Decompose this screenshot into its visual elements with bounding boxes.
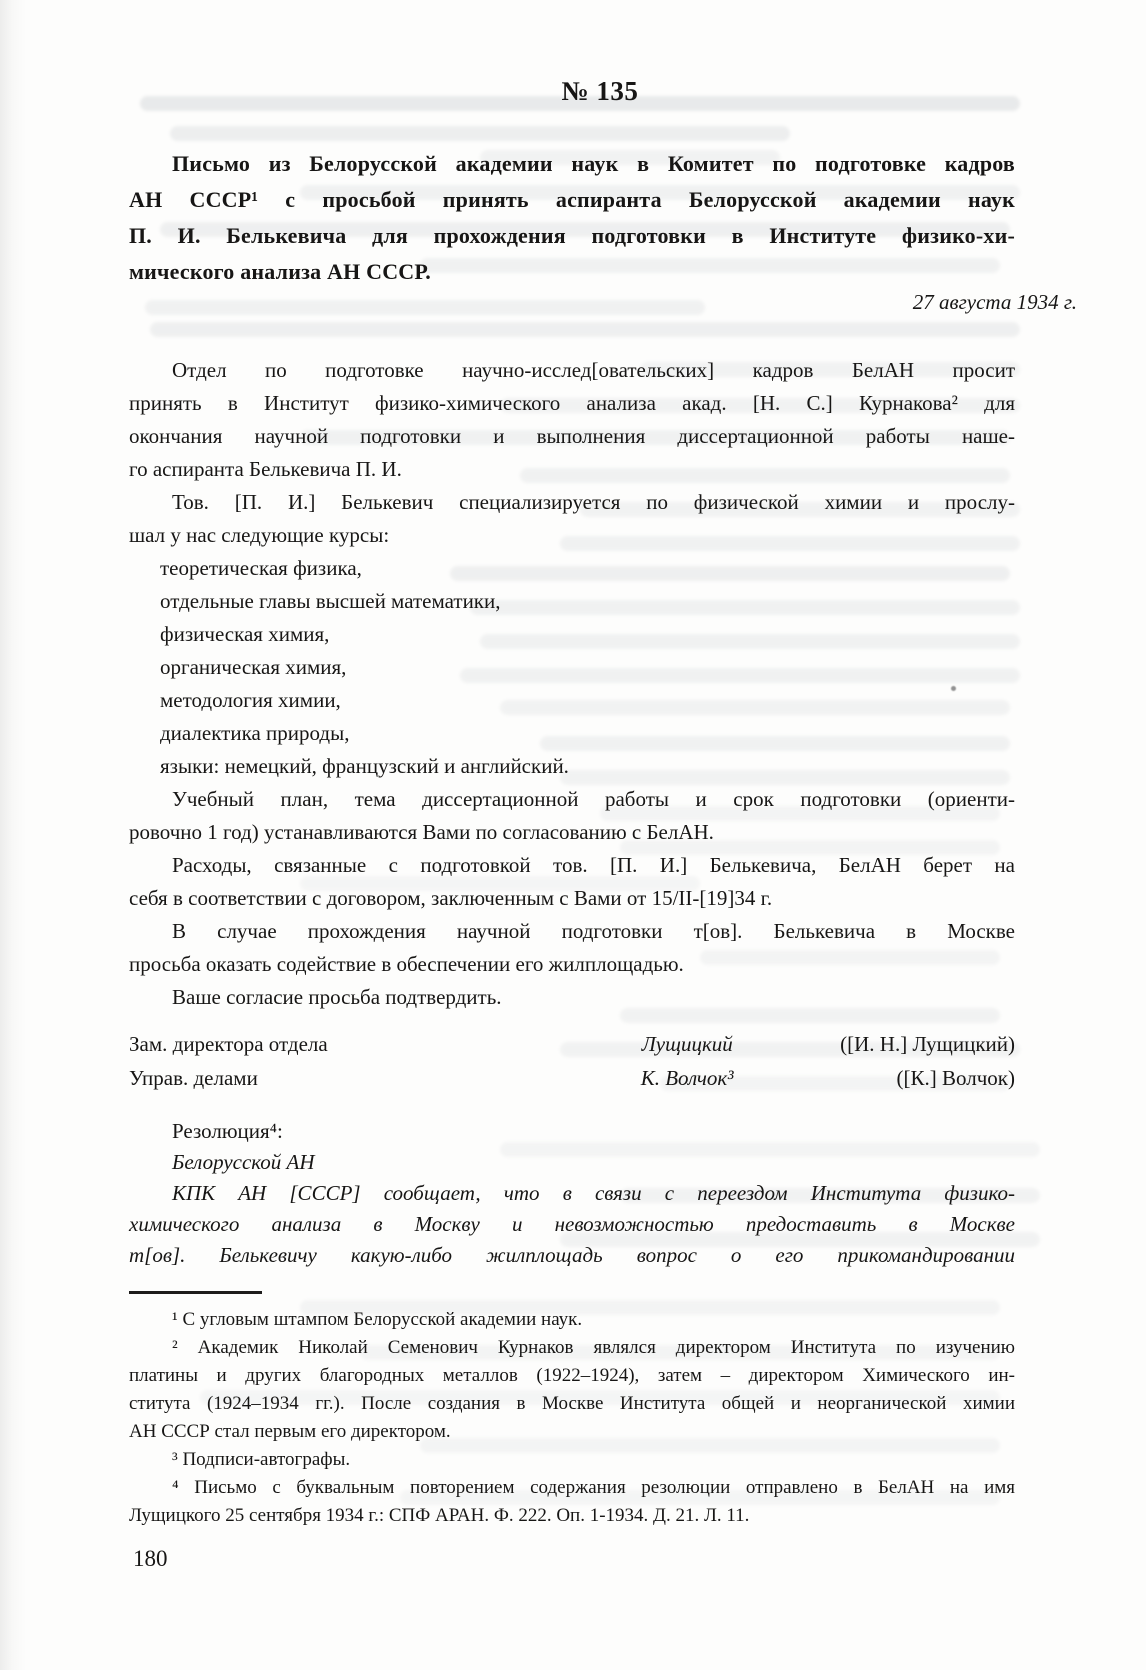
body-line: Расходы, связанные с подготовкой тов. [П… <box>129 849 1015 882</box>
title-line: АН СССР¹ с просьбой принять аспиранта Бе… <box>129 182 1015 218</box>
course-list: теоретическая физика,отдельные главы выс… <box>129 552 1015 783</box>
document-title: Письмо из Белорусской академии наук в Ко… <box>129 146 1015 290</box>
course-item: отдельные главы высшей математики, <box>160 585 1015 618</box>
footnote-line: ¹ С угловым штампом Белорусской академии… <box>129 1306 1015 1334</box>
scanned-document-page: № 135 Письмо из Белорусской академии нау… <box>0 0 1146 1670</box>
body-line: шал у нас следующие курсы: <box>129 519 1015 552</box>
text-column: № 135 Письмо из Белорусской академии нау… <box>129 0 1015 1572</box>
resolution-line: химического анализа в Москву и невозможн… <box>129 1209 1015 1240</box>
title-line: Письмо из Белорусской академии наук в Ко… <box>129 146 1015 182</box>
resolution-section: Резолюция⁴: Белорусской АН КПК АН [СССР]… <box>129 1116 1015 1271</box>
footnote: ² Академик Николай Семенович Курнаков яв… <box>129 1334 1015 1446</box>
resolution-line: т[ов]. Белькевичу какую-либо жилплощадь … <box>129 1240 1015 1271</box>
footnote: ³ Подписи-автографы. <box>129 1446 1015 1474</box>
signature-row: Зам. директора отдела Лущицкий ([И. Н.] … <box>129 1027 1015 1061</box>
title-line: П. И. Белькевича для прохождения подгото… <box>129 218 1015 254</box>
resolution-label: Резолюция⁴: <box>129 1116 1015 1147</box>
course-item: теоретическая физика, <box>160 552 1015 585</box>
paragraph: Учебный план, тема диссертационной работ… <box>129 783 1015 849</box>
footnote: ⁴ Письмо с буквальным повторением содерж… <box>129 1474 1015 1530</box>
body-line: себя в соответствии с договором, заключе… <box>129 882 1015 915</box>
signer-name: ([К.] Волчок) <box>785 1061 1015 1095</box>
signature-row: Управ. делами К. Волчок³ ([К.] Волчок) <box>129 1061 1015 1095</box>
paragraph: Расходы, связанные с подготовкой тов. [П… <box>129 849 1015 915</box>
course-item: органическая химия, <box>160 651 1015 684</box>
letter-body: Отдел по подготовке научно-исслед[овател… <box>129 354 1015 1014</box>
body-line: В случае прохождения научной подготовки … <box>129 915 1015 948</box>
course-item: физическая химия, <box>160 618 1015 651</box>
document-number: № 135 <box>157 76 1043 106</box>
footnote-line: ститута (1924–1934 гг.). После создания … <box>129 1390 1015 1418</box>
resolution-body: КПК АН [СССР] сообщает, что в связи с пе… <box>129 1178 1015 1271</box>
document-date: 27 августа 1934 г. <box>129 286 1077 319</box>
footnote-line: ⁴ Письмо с буквальным повторением содерж… <box>129 1474 1015 1502</box>
body-line: Ваше согласие просьба подтвердить. <box>129 981 1015 1014</box>
resolution-line: КПК АН [СССР] сообщает, что в связи с пе… <box>129 1178 1015 1209</box>
course-item: методология химии, <box>160 684 1015 717</box>
body-line: принять в Институт физико-химического ан… <box>129 387 1015 420</box>
body-line: окончания научной подготовки и выполнени… <box>129 420 1015 453</box>
body-line: го аспиранта Белькевича П. И. <box>129 453 1015 486</box>
body-line: Тов. [П. И.] Белькевич специализируется … <box>129 486 1015 519</box>
body-line: ровочно 1 год) устанавливаются Вами по с… <box>129 816 1015 849</box>
signer-signature: Лущицкий <box>590 1027 785 1061</box>
body-line: Учебный план, тема диссертационной работ… <box>129 783 1015 816</box>
paragraph: Ваше согласие просьба подтвердить. <box>129 981 1015 1014</box>
footnote-line: платины и других благородных металлов (1… <box>129 1362 1015 1390</box>
body-line: просьба оказать содействие в обеспечении… <box>129 948 1015 981</box>
footnote: ¹ С угловым штампом Белорусской академии… <box>129 1306 1015 1334</box>
course-item: диалектика природы, <box>160 717 1015 750</box>
signer-signature: К. Волчок³ <box>590 1061 785 1095</box>
resolution-address: Белорусской АН <box>129 1147 1015 1178</box>
footnote-line: ³ Подписи-автографы. <box>129 1446 1015 1474</box>
course-item: языки: немецкий, французский и английски… <box>160 750 1015 783</box>
paragraph: В случае прохождения научной подготовки … <box>129 915 1015 981</box>
signer-name: ([И. Н.] Лущицкий) <box>785 1027 1015 1061</box>
body-line: Отдел по подготовке научно-исслед[овател… <box>129 354 1015 387</box>
signer-position: Управ. делами <box>129 1061 590 1095</box>
paragraph: Отдел по подготовке научно-исслед[овател… <box>129 354 1015 486</box>
paragraph: Тов. [П. И.] Белькевич специализируется … <box>129 486 1015 552</box>
footnote-line: АН СССР стал первым его директором. <box>129 1418 1015 1446</box>
footnote-separator <box>129 1291 262 1294</box>
resolution-line: Белорусской АН <box>129 1147 1015 1178</box>
footnote-line: Лущицкого 25 сентября 1934 г.: СПФ АРАН.… <box>129 1502 1015 1530</box>
title-line: мического анализа АН СССР. <box>129 254 1015 290</box>
footnote-line: ² Академик Николай Семенович Курнаков яв… <box>129 1334 1015 1362</box>
page-number: 180 <box>129 1546 1015 1572</box>
signer-position: Зам. директора отдела <box>129 1027 590 1061</box>
footnotes: ¹ С угловым штампом Белорусской академии… <box>129 1306 1015 1530</box>
signature-block: Зам. директора отдела Лущицкий ([И. Н.] … <box>129 1027 1015 1095</box>
